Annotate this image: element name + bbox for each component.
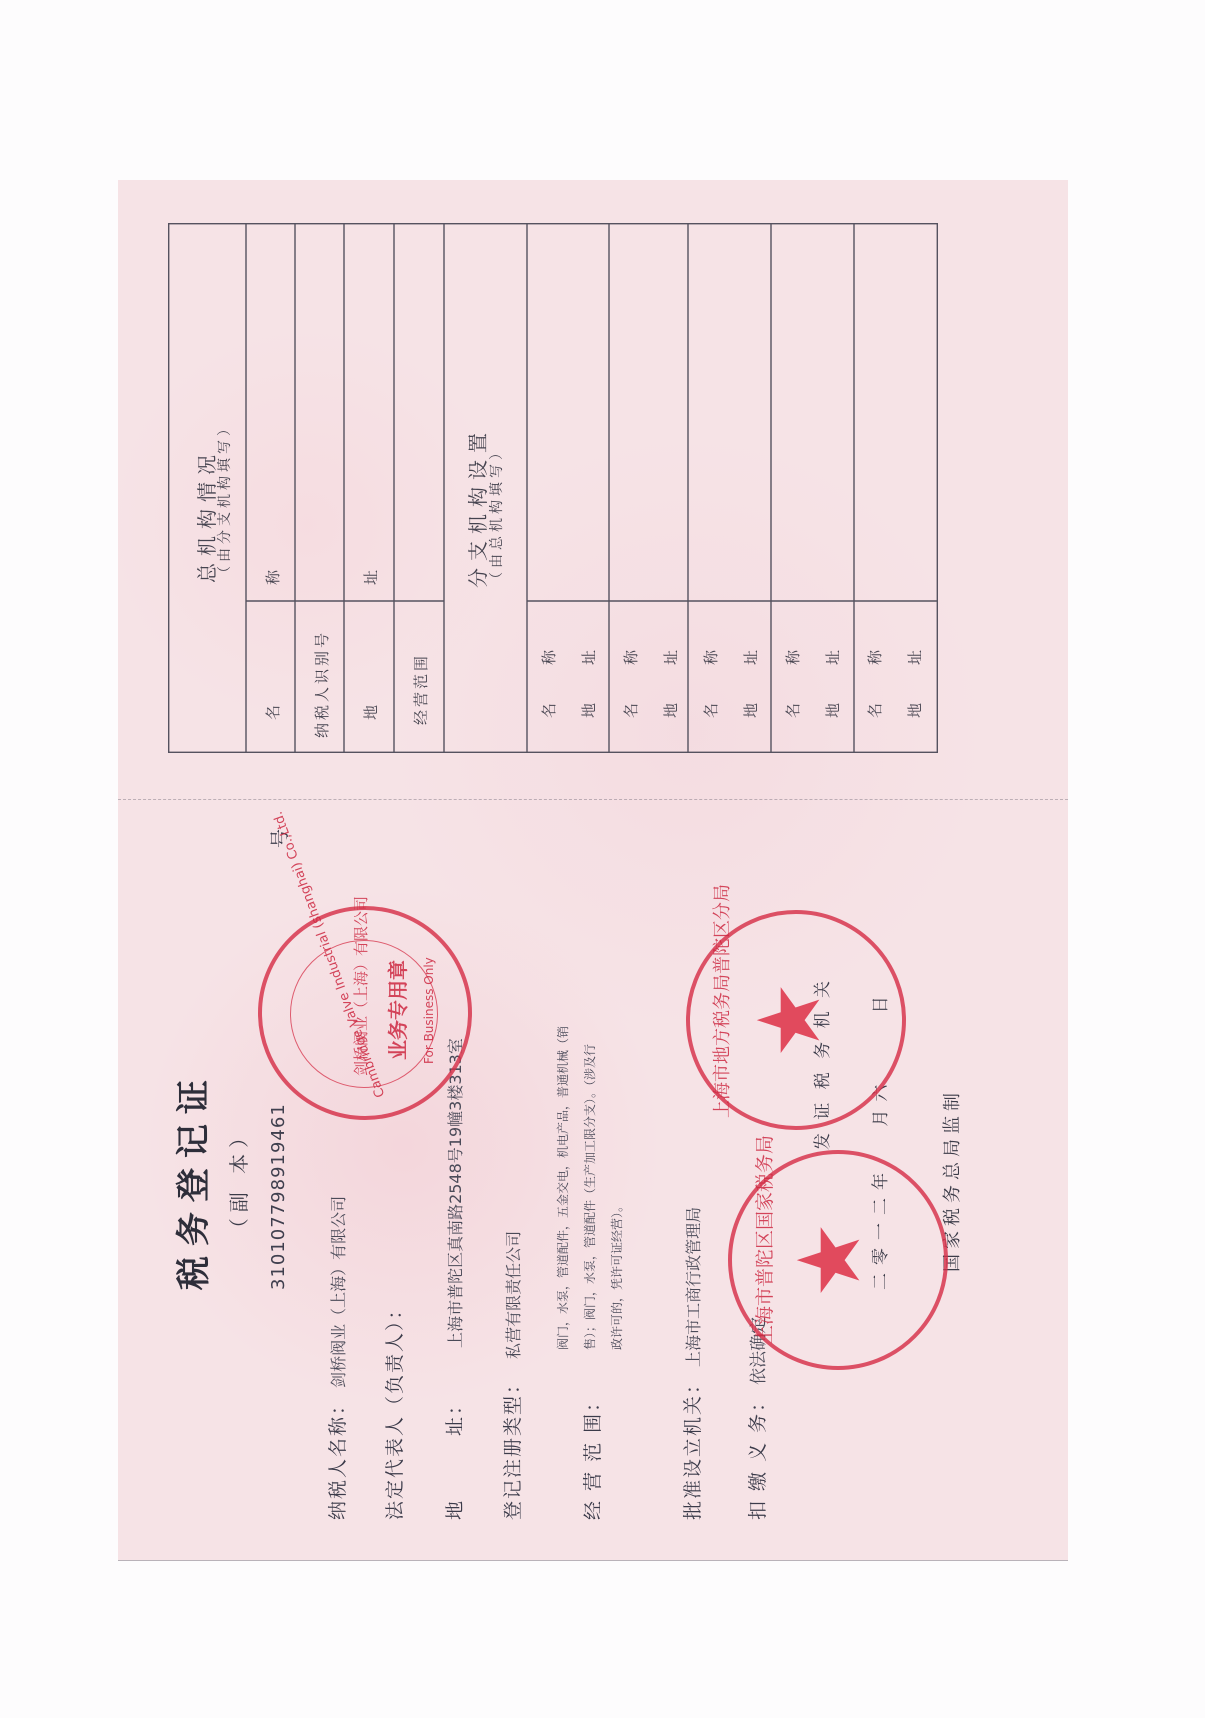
hq-section-note: （由分支机构填写） [214,418,234,580]
branch-4-name-label: 名称 [782,612,803,718]
hq-label-business-scope: 经营范围 [410,653,431,725]
hq-label-taxpayer-id: 纳税人识别号 [311,630,332,738]
local-tax-bureau-stamp: ★ 上海市地方税务局普陀区分局 [686,910,906,1130]
scope-line: 售）；阀门，水泵，管道配件（生产加工限分支）。（涉及行 [577,830,604,1350]
certificate-subtitle: （副 本） [223,800,252,1560]
certificate-title: 税务登记证 [166,800,215,1560]
field-label: 扣 缴 义 务： [743,1391,770,1520]
branch-2-name-label: 名称 [620,612,641,718]
field-label: 地 址： [440,1394,467,1520]
field-label: 纳税人名称： [323,1394,350,1520]
scope-line: 政许可的，凭许可证经营）。 [604,830,631,1350]
seal-bottom-text: For Business Only [422,957,436,1064]
field-approval-authority: 批准设立机关： 上海市工商行政管理局 [678,1207,705,1520]
field-label: 法定代表人（负责人）： [380,1298,407,1520]
branch-3-address-label: 地址 [740,612,761,718]
branch-section-note: （由总机构填写） [486,442,506,586]
branch-1-address-label: 地址 [578,612,599,718]
stamp-text: 上海市地方税务局普陀区分局 [708,884,734,1118]
branch-3-name-label: 名称 [700,612,721,718]
branch-2-address-label: 地址 [660,612,681,718]
hq-label-address: 地 址 [360,540,381,720]
certificate-front-page: 税务登记证 （副 本） 310107798919461 号 纳税人名称： 剑桥阀… [118,800,1068,1560]
field-label: 登记注册类型： [498,1373,525,1520]
field-business-scope: 经 营 范 围： [578,1391,605,1520]
date-month-blank [871,1127,891,1152]
business-scope-text: 阀门，水泵，管道配件，五金交电，机电产品，普通机械（销 售）；阀门，水泵，管道配… [550,830,631,1350]
field-label: 批准设立机关： [678,1373,705,1520]
field-label: 经 营 范 围： [578,1391,605,1520]
tax-id-number: 310107798919461 [268,1103,289,1290]
star-icon: ★ [780,1154,880,1366]
company-seal-stamp: Cambridge Valve Industrial (shanghai) Co… [258,906,472,1120]
field-taxpayer-name: 纳税人名称： 剑桥阀业（上海）有限公司 [323,1196,350,1520]
star-icon: ★ [740,914,840,1126]
seal-inner-text: 剑桥阀业（上海）有限公司 [350,896,371,1076]
field-value: 剑桥阀业（上海）有限公司 [329,1196,348,1388]
field-registration-type: 登记注册类型： 私营有限责任公司 [498,1231,525,1520]
scope-line: 阀门，水泵，管道配件，五金交电，机电产品，普通机械（销 [550,830,577,1350]
date-month-unit: 月 [871,1102,891,1127]
field-value: 上海市普陀区真南路2548号19幢3楼313室 [446,1038,465,1348]
field-address: 地 址： 上海市普陀区真南路2548号19幢3楼313室 [440,1038,467,1520]
field-value: 私营有限责任公司 [504,1231,523,1359]
branch-5-address-label: 地址 [904,612,925,718]
branch-1-name-label: 名称 [538,612,559,718]
field-value: 上海市工商行政管理局 [684,1207,703,1367]
seal-center-text: 业务专用章 [382,960,411,1060]
hq-label-name: 名 称 [262,540,283,720]
field-legal-representative: 法定代表人（负责人）： [380,1298,407,1520]
footer-supervised-by: 国家税务总局监制 [938,800,964,1560]
field-withholding-obligation: 扣 缴 义 务： 依法确定 [743,1317,770,1520]
national-tax-bureau-stamp: ★ 上海市普陀区国家税务局 [728,1150,948,1370]
branch-4-address-label: 地址 [822,612,843,718]
branch-5-name-label: 名称 [864,612,885,718]
stamp-text: 上海市普陀区国家税务局 [750,1135,777,1344]
